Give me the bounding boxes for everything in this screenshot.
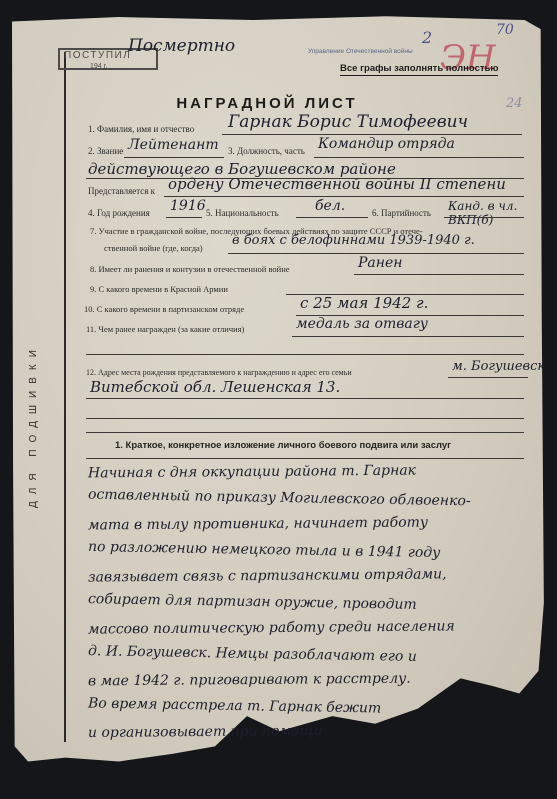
field-12-value-line2: Витебской обл. Лешенская 13. [90, 378, 340, 396]
field-10-label: 10. С какого времени в партизанском отря… [84, 304, 244, 314]
field-10-value: с 25 мая 1942 г. [300, 294, 428, 312]
field-7-value: в боях с белофиннами 1939-1940 г. [232, 233, 475, 248]
section-1-heading: 1. Краткое, конкретное изложение личного… [115, 440, 451, 451]
field-12-value-line1: м. Богушевск [452, 359, 545, 374]
narrative-line: и организовывает при помощи [88, 721, 323, 745]
field-5-value: бел. [315, 198, 345, 214]
field-2-value: Лейтенант [128, 137, 219, 153]
field-12-label: 12. Адрес места рождения представляемого… [86, 368, 352, 377]
field-1-value: Гарнак Борис Тимофеевич [228, 112, 468, 132]
binding-margin-label: ДЛЯ ПОДШИВКИ [28, 268, 39, 508]
field-7-label-line2: ственной войне (где, когда) [104, 243, 203, 253]
fill-all-fields-notice: Все графы заполнять полностью [340, 63, 498, 76]
field-2-label: 2. Звание [88, 146, 123, 156]
nominated-value: ордену Отечественной войны II степени [168, 175, 506, 193]
field-4-label: 4. Год рождения [88, 208, 150, 218]
posthumous-note: Посмертно [128, 36, 235, 56]
field-11-label: 11. Чем ранее награжден (за какие отличи… [86, 324, 244, 334]
field-3-label: 3. Должность, часть [228, 146, 305, 156]
nominated-label: Представляется к [88, 186, 155, 196]
field-5-label: 5. Национальность [206, 208, 279, 218]
department-stamp: Управление Отечественной войны [308, 48, 413, 55]
narrative-line: массово политическую работу среди населе… [88, 616, 455, 641]
sheet-number: 70 [496, 22, 514, 38]
narrative-line: Начиная с дня оккупации района т. Гарнак [88, 461, 416, 485]
field-3-value: Командир отряда [318, 136, 455, 152]
field-8-label: 8. Имеет ли ранения и контузии в отечест… [90, 264, 290, 274]
blue-mark: 2 [422, 28, 432, 47]
binding-margin-line [64, 52, 66, 742]
document-title: НАГРАДНОЙ ЛИСТ [0, 95, 534, 112]
field-4-value: 1916 [170, 198, 206, 214]
narrative-line: в мае 1942 г. приговаривают к расстрелу. [88, 669, 411, 693]
field-1-label: 1. Фамилия, имя и отчество [88, 124, 194, 134]
field-9-label: 9. С какого времени в Красной Армии [90, 284, 228, 294]
received-stamp-text: ПОСТУПИЛ [64, 50, 131, 61]
received-stamp-year: 194 г. [90, 61, 107, 73]
field-11-value: медаль за отвагу [296, 316, 428, 332]
narrative-line: завязывает связь с партизанскими отрядам… [88, 564, 447, 589]
narrative-line: мата в тылу противника, начинает работу [88, 513, 428, 537]
field-6-value: Канд. в чл. ВКП(б) [448, 199, 557, 227]
field-8-value: Ранен [358, 255, 403, 271]
field-6-label: 6. Партийность [372, 208, 431, 218]
